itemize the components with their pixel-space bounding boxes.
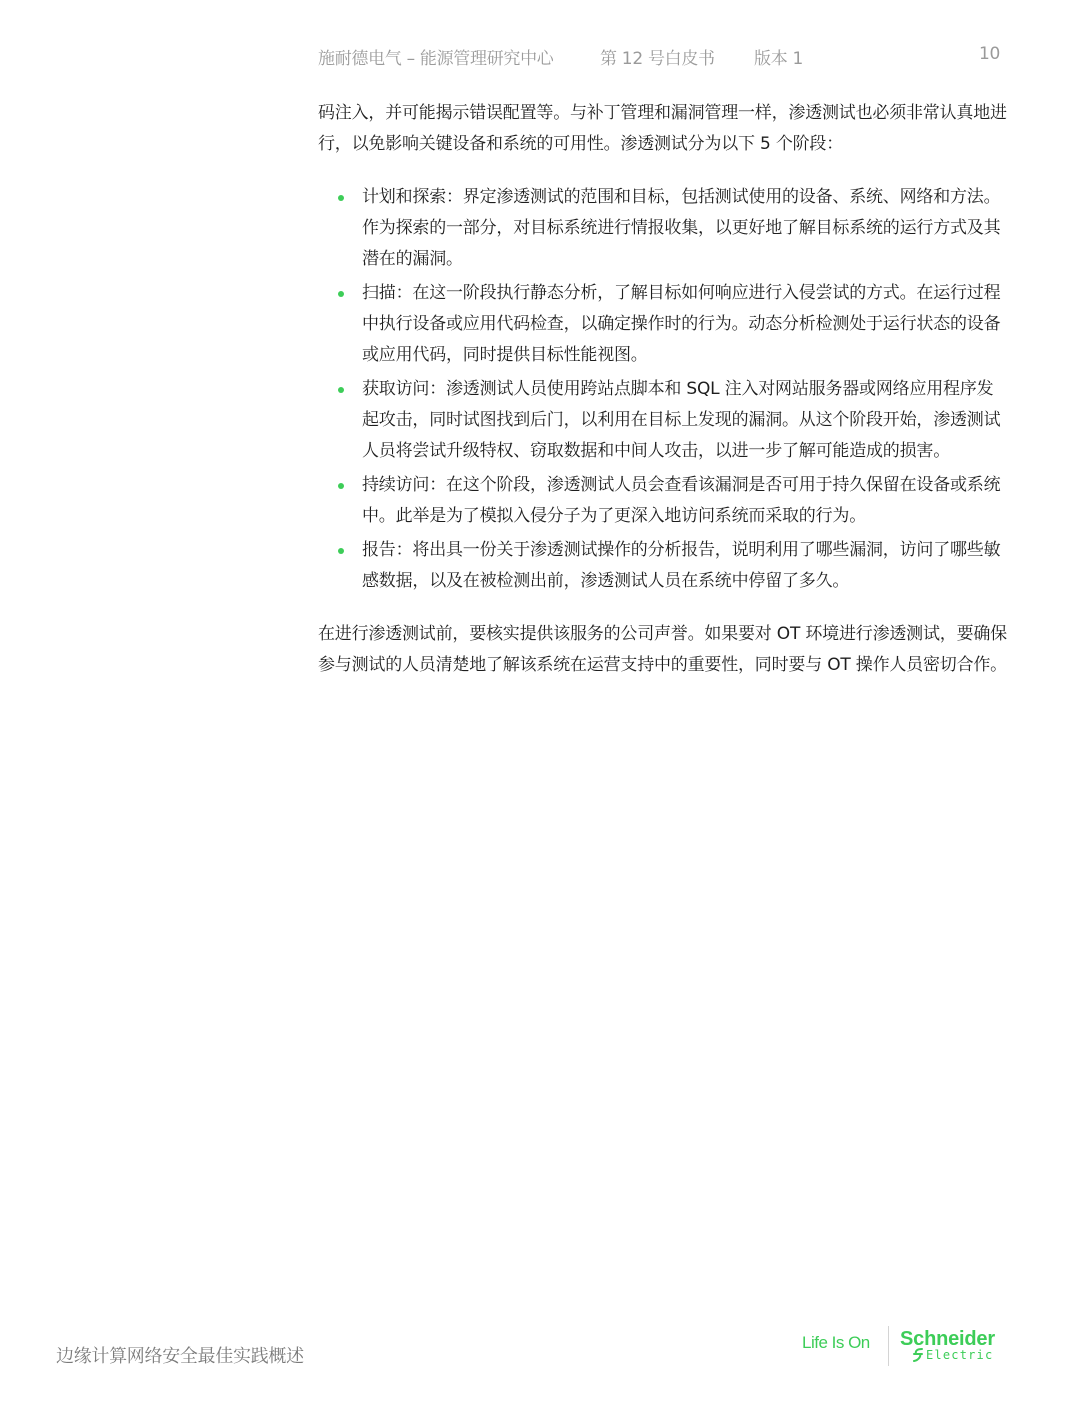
document-body: 码注入，并可能揭示错误配置等。与补丁管理和漏洞管理一样，渗透测试也必须非常认真地… [318, 98, 1008, 681]
page-number: 10 [979, 44, 1000, 64]
header-version: 版本 1 [754, 44, 803, 69]
list-item: 获取访问：渗透测试人员使用跨站点脚本和 SQL 注入对网站服务器或网络应用程序发… [318, 374, 1008, 467]
list-item: 报告：将出具一份关于渗透测试操作的分析报告，说明利用了哪些漏洞，访问了哪些敏感数… [318, 535, 1008, 597]
page-header: 施耐德电气 – 能源管理研究中心 第 12 号白皮书 版本 1 10 [318, 44, 1002, 68]
header-organization: 施耐德电气 – 能源管理研究中心 [318, 44, 554, 69]
bullet-icon [338, 387, 344, 393]
intro-paragraph: 码注入，并可能揭示错误配置等。与补丁管理和漏洞管理一样，渗透测试也必须非常认真地… [318, 98, 1008, 160]
logo-divider [888, 1326, 889, 1366]
list-item: 计划和探索：界定渗透测试的范围和目标，包括测试使用的设备、系统、网络和方法。作为… [318, 182, 1008, 275]
bullet-icon [338, 195, 344, 201]
list-item: 扫描：在这一阶段执行静态分析，了解目标如何响应进行入侵尝试的方式。在运行过程中执… [318, 278, 1008, 371]
phase-list: 计划和探索：界定渗透测试的范围和目标，包括测试使用的设备、系统、网络和方法。作为… [318, 182, 1008, 597]
phase-text: 计划和探索：界定渗透测试的范围和目标，包括测试使用的设备、系统、网络和方法。作为… [362, 187, 1000, 269]
phase-text: 报告：将出具一份关于渗透测试操作的分析报告，说明利用了哪些漏洞，访问了哪些敏感数… [362, 540, 1000, 591]
bullet-icon [338, 548, 344, 554]
phase-text: 获取访问：渗透测试人员使用跨站点脚本和 SQL 注入对网站服务器或网络应用程序发… [362, 379, 1000, 461]
phase-text: 扫描：在这一阶段执行静态分析，了解目标如何响应进行入侵尝试的方式。在运行过程中执… [362, 283, 1000, 365]
schneider-logo-icon [912, 1348, 924, 1362]
bullet-icon [338, 483, 344, 489]
phase-text: 持续访问：在这个阶段，渗透测试人员会查看该漏洞是否可用于持久保留在设备或系统中。… [362, 475, 1000, 526]
footer-document-title: 边缘计算网络安全最佳实践概述 [56, 1342, 304, 1368]
header-paper-number: 第 12 号白皮书 [600, 44, 715, 69]
closing-paragraph: 在进行渗透测试前，要核实提供该服务的公司声誉。如果要对 OT 环境进行渗透测试，… [318, 619, 1008, 681]
life-is-on-tagline: Life Is On [802, 1333, 870, 1353]
brand-logo: Life Is On Schneider Electric [802, 1326, 1012, 1366]
brand-subname: Electric [926, 1348, 993, 1362]
bullet-icon [338, 291, 344, 297]
list-item: 持续访问：在这个阶段，渗透测试人员会查看该漏洞是否可用于持久保留在设备或系统中。… [318, 470, 1008, 532]
